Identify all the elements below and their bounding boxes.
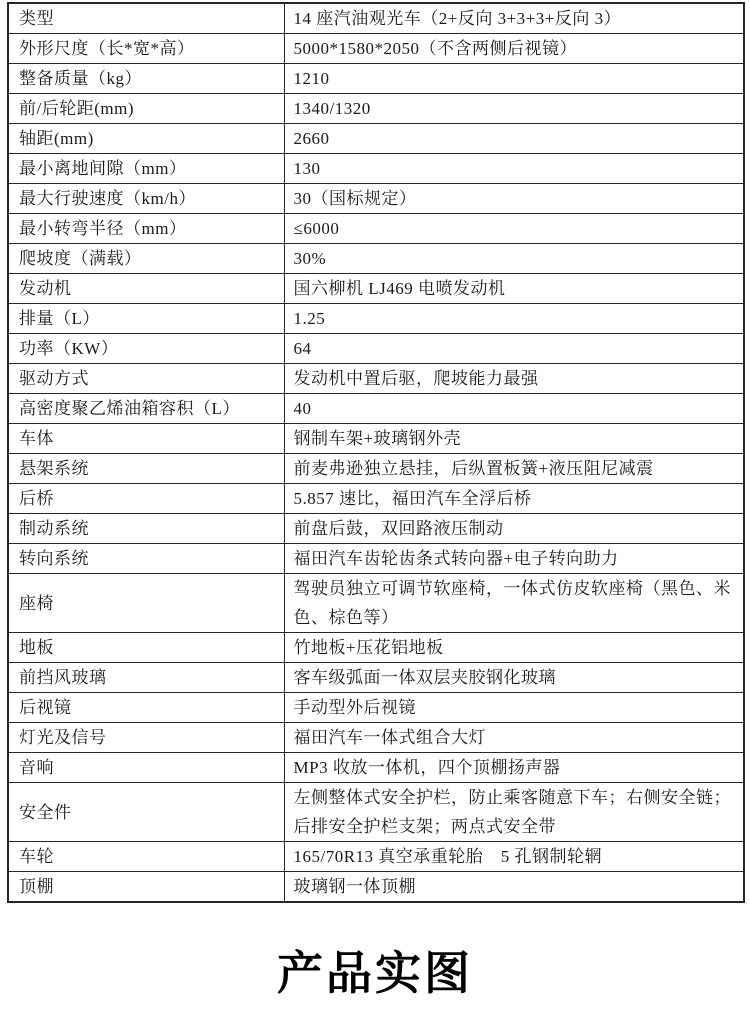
spec-value: 福田汽车一体式组合大灯 (284, 723, 744, 753)
spec-label: 爬坡度（满载） (8, 244, 284, 274)
spec-value: 64 (284, 334, 744, 364)
table-row: 顶棚 玻璃钢一体顶棚 (8, 872, 744, 903)
spec-label: 车轮 (8, 842, 284, 872)
spec-label: 外形尺度（长*宽*高） (8, 34, 284, 64)
table-row: 地板 竹地板+压花铝地板 (8, 633, 744, 663)
spec-value: 前麦弗逊独立悬挂，后纵置板簧+液压阻尼减震 (284, 454, 744, 484)
spec-value: MP3 收放一体机，四个顶棚扬声器 (284, 753, 744, 783)
spec-value: 钢制车架+玻璃钢外壳 (284, 424, 744, 454)
spec-value: 5.857 速比，福田汽车全浮后桥 (284, 484, 744, 514)
table-row: 最小离地间隙（mm） 130 (8, 154, 744, 184)
spec-label: 车体 (8, 424, 284, 454)
spec-value: 前盘后鼓，双回路液压制动 (284, 514, 744, 544)
spec-value: 2660 (284, 124, 744, 154)
table-row: 排量（L） 1.25 (8, 304, 744, 334)
spec-label: 灯光及信号 (8, 723, 284, 753)
table-row: 外形尺度（长*宽*高） 5000*1580*2050（不含两侧后视镜） (8, 34, 744, 64)
spec-label: 高密度聚乙烯油箱容积（L） (8, 394, 284, 424)
spec-value: 5000*1580*2050（不含两侧后视镜） (284, 34, 744, 64)
table-row: 驱动方式 发动机中置后驱，爬坡能力最强 (8, 364, 744, 394)
table-row: 高密度聚乙烯油箱容积（L） 40 (8, 394, 744, 424)
spec-label: 座椅 (8, 574, 284, 633)
table-row: 后视镜 手动型外后视镜 (8, 693, 744, 723)
spec-value: 1210 (284, 64, 744, 94)
spec-table: 类型 14 座汽油观光车（2+反向 3+3+3+反向 3） 外形尺度（长*宽*高… (7, 2, 745, 903)
spec-value: 40 (284, 394, 744, 424)
spec-value: 1340/1320 (284, 94, 744, 124)
spec-label: 排量（L） (8, 304, 284, 334)
spec-table-body: 类型 14 座汽油观光车（2+反向 3+3+3+反向 3） 外形尺度（长*宽*高… (8, 3, 744, 902)
table-row: 爬坡度（满载） 30% (8, 244, 744, 274)
spec-value: 客车级弧面一体双层夹胶钢化玻璃 (284, 663, 744, 693)
spec-label: 最大行驶速度（km/h） (8, 184, 284, 214)
spec-label: 类型 (8, 3, 284, 34)
spec-value: 30% (284, 244, 744, 274)
spec-label: 音响 (8, 753, 284, 783)
table-row: 转向系统 福田汽车齿轮齿条式转向器+电子转向助力 (8, 544, 744, 574)
table-row: 车体 钢制车架+玻璃钢外壳 (8, 424, 744, 454)
spec-label: 最小离地间隙（mm） (8, 154, 284, 184)
spec-label: 后桥 (8, 484, 284, 514)
table-row: 安全件 左侧整体式安全护栏，防止乘客随意下车；右侧安全链；后排安全护栏支架；两点… (8, 783, 744, 842)
spec-value: 竹地板+压花铝地板 (284, 633, 744, 663)
table-row: 后桥 5.857 速比，福田汽车全浮后桥 (8, 484, 744, 514)
spec-value: 165/70R13 真空承重轮胎 5 孔钢制轮辋 (284, 842, 744, 872)
spec-value: 130 (284, 154, 744, 184)
spec-label: 顶棚 (8, 872, 284, 903)
spec-value: 玻璃钢一体顶棚 (284, 872, 744, 903)
spec-label: 转向系统 (8, 544, 284, 574)
spec-value: 1.25 (284, 304, 744, 334)
table-row: 前/后轮距(mm) 1340/1320 (8, 94, 744, 124)
spec-label: 整备质量（kg） (8, 64, 284, 94)
section-title: 产品实图 (0, 942, 750, 1004)
table-row: 灯光及信号 福田汽车一体式组合大灯 (8, 723, 744, 753)
table-row: 车轮 165/70R13 真空承重轮胎 5 孔钢制轮辋 (8, 842, 744, 872)
table-row: 最大行驶速度（km/h） 30（国标规定） (8, 184, 744, 214)
spec-label: 发动机 (8, 274, 284, 304)
spec-label: 后视镜 (8, 693, 284, 723)
spec-label: 前/后轮距(mm) (8, 94, 284, 124)
spec-value: 驾驶员独立可调节软座椅，一体式仿皮软座椅（黑色、米色、棕色等） (284, 574, 744, 633)
table-row: 座椅 驾驶员独立可调节软座椅，一体式仿皮软座椅（黑色、米色、棕色等） (8, 574, 744, 633)
table-row: 轴距(mm) 2660 (8, 124, 744, 154)
spec-label: 制动系统 (8, 514, 284, 544)
spec-value: 国六柳机 LJ469 电喷发动机 (284, 274, 744, 304)
table-row: 音响 MP3 收放一体机，四个顶棚扬声器 (8, 753, 744, 783)
table-row: 前挡风玻璃 客车级弧面一体双层夹胶钢化玻璃 (8, 663, 744, 693)
spec-value: 福田汽车齿轮齿条式转向器+电子转向助力 (284, 544, 744, 574)
spec-value: 30（国标规定） (284, 184, 744, 214)
spec-value: 14 座汽油观光车（2+反向 3+3+3+反向 3） (284, 3, 744, 34)
spec-value: 发动机中置后驱，爬坡能力最强 (284, 364, 744, 394)
spec-label: 悬架系统 (8, 454, 284, 484)
table-row: 类型 14 座汽油观光车（2+反向 3+3+3+反向 3） (8, 3, 744, 34)
spec-value: ≤6000 (284, 214, 744, 244)
table-row: 悬架系统 前麦弗逊独立悬挂，后纵置板簧+液压阻尼减震 (8, 454, 744, 484)
spec-value: 手动型外后视镜 (284, 693, 744, 723)
table-row: 制动系统 前盘后鼓，双回路液压制动 (8, 514, 744, 544)
spec-value: 左侧整体式安全护栏，防止乘客随意下车；右侧安全链；后排安全护栏支架；两点式安全带 (284, 783, 744, 842)
spec-label: 功率（KW） (8, 334, 284, 364)
table-row: 发动机 国六柳机 LJ469 电喷发动机 (8, 274, 744, 304)
spec-label: 安全件 (8, 783, 284, 842)
table-row: 功率（KW） 64 (8, 334, 744, 364)
spec-label: 最小转弯半径（mm） (8, 214, 284, 244)
table-row: 最小转弯半径（mm） ≤6000 (8, 214, 744, 244)
spec-label: 轴距(mm) (8, 124, 284, 154)
spec-label: 前挡风玻璃 (8, 663, 284, 693)
spec-label: 驱动方式 (8, 364, 284, 394)
spec-label: 地板 (8, 633, 284, 663)
table-row: 整备质量（kg） 1210 (8, 64, 744, 94)
